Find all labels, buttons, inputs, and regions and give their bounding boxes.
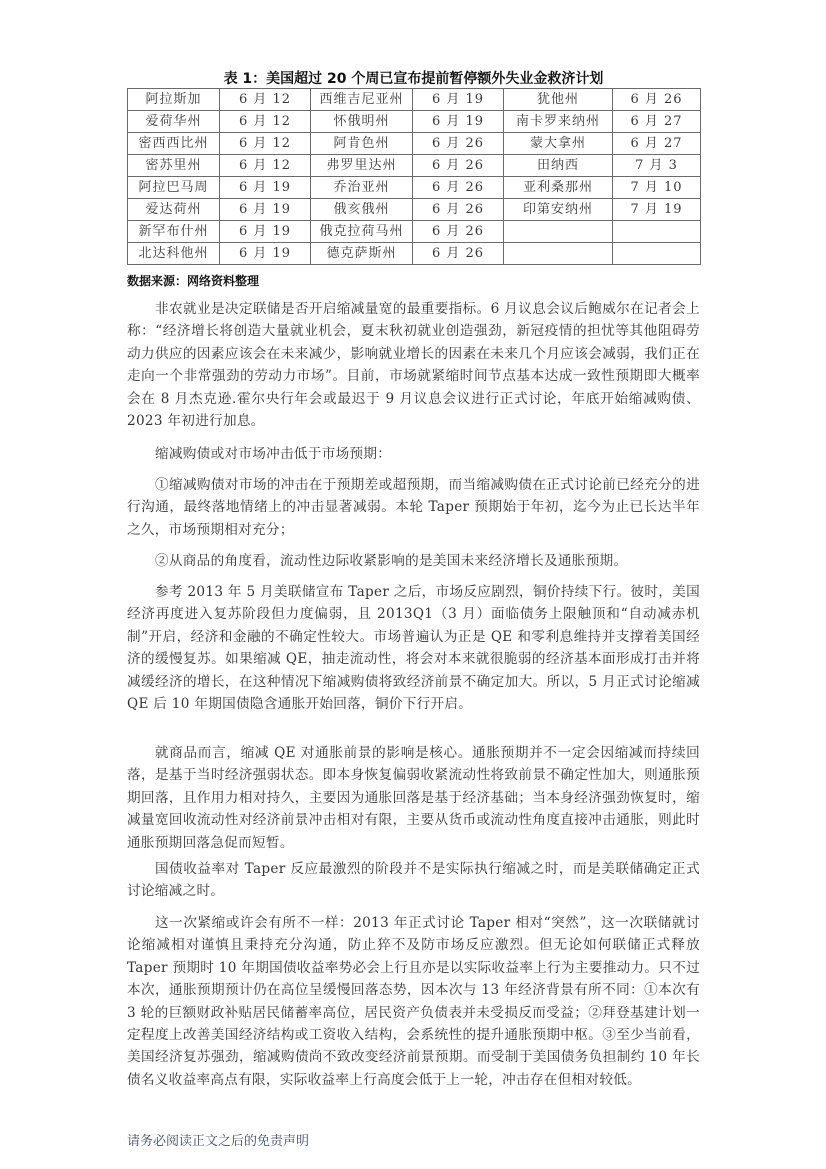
state-cell: 犹他州 bbox=[504, 89, 613, 111]
date-cell: 6 月 27 bbox=[613, 133, 701, 155]
state-cell: 密西西比州 bbox=[128, 133, 220, 155]
date-cell: 6 月 19 bbox=[413, 111, 504, 133]
date-cell: 7 月 19 bbox=[613, 199, 701, 221]
date-cell: 6 月 26 bbox=[613, 89, 701, 111]
paragraph-treasury-yields: 国债收益率对 Taper 反应最激烈的阶段并不是实际执行缩减之时，而是美联储确定… bbox=[127, 858, 700, 903]
date-cell: 6 月 19 bbox=[220, 199, 311, 221]
paragraph-2013-reference: 参考 2013 年 5 月美联储宣布 Taper 之后，市场反应剧烈，铜价持续下… bbox=[127, 581, 700, 715]
paragraph-this-time-different: 这一次紧缩或许会有所不一样：2013 年正式讨论 Taper 相对“突然”，这一… bbox=[127, 912, 700, 1091]
table-row: 密苏里州 6 月 12 弗罗里达州 6 月 26 田纳西 7 月 3 bbox=[128, 155, 701, 177]
state-cell: 阿拉巴马周 bbox=[128, 177, 220, 199]
date-cell: 6 月 12 bbox=[220, 155, 311, 177]
paragraph-commodities-inflation: 就商品而言，缩减 QE 对通胀前景的影响是核心。通胀预期并不一定会因缩减而持续回… bbox=[127, 742, 700, 854]
paragraph-point-2: ②从商品的角度看，流动性边际收紧影响的是美国未来经济增长及通胀预期。 bbox=[127, 550, 700, 572]
table-row: 新罕布什州 6 月 19 俄克拉荷马州 6 月 26 bbox=[128, 221, 701, 243]
paragraph-point-1: ①缩减购债对市场的冲击在于预期差或超预期，而当缩减购债在正式讨论前已经充分的进行… bbox=[127, 474, 700, 541]
date-cell: 6 月 26 bbox=[413, 177, 504, 199]
date-cell: 6 月 12 bbox=[220, 89, 311, 111]
date-cell: 6 月 26 bbox=[413, 199, 504, 221]
state-cell: 弗罗里达州 bbox=[311, 155, 413, 177]
state-cell: 怀俄明州 bbox=[311, 111, 413, 133]
state-cell bbox=[504, 221, 613, 243]
date-cell: 6 月 26 bbox=[413, 221, 504, 243]
state-cell: 爱荷华州 bbox=[128, 111, 220, 133]
state-cell: 俄克拉荷马州 bbox=[311, 221, 413, 243]
state-cell: 新罕布什州 bbox=[128, 221, 220, 243]
date-cell: 7 月 3 bbox=[613, 155, 701, 177]
state-cell: 北达科他州 bbox=[128, 243, 220, 265]
date-cell: 6 月 19 bbox=[220, 243, 311, 265]
state-cell bbox=[504, 243, 613, 265]
paragraph-taper-impact-heading: 缩减购债或对市场冲击低于市场预期： bbox=[127, 443, 700, 465]
state-cell: 德克萨斯州 bbox=[311, 243, 413, 265]
date-cell: 6 月 12 bbox=[220, 111, 311, 133]
state-cell: 西维吉尼亚州 bbox=[311, 89, 413, 111]
table-title: 表 1：美国超过 20 个周已宣布提前暂停额外失业金救济计划 bbox=[127, 68, 700, 88]
date-cell: 6 月 26 bbox=[413, 133, 504, 155]
state-cell: 蒙大拿州 bbox=[504, 133, 613, 155]
state-cell: 乔治亚州 bbox=[311, 177, 413, 199]
state-cell: 密苏里州 bbox=[128, 155, 220, 177]
date-cell: 6 月 19 bbox=[220, 177, 311, 199]
date-cell: 6 月 19 bbox=[220, 221, 311, 243]
table-row: 北达科他州 6 月 19 德克萨斯州 6 月 26 bbox=[128, 243, 701, 265]
date-cell: 6 月 26 bbox=[413, 243, 504, 265]
table-row: 爱达荷州 6 月 19 俄亥俄州 6 月 26 印第安纳州 7 月 19 bbox=[128, 199, 701, 221]
table-row: 阿拉巴马周 6 月 19 乔治亚州 6 月 26 亚利桑那州 7 月 10 bbox=[128, 177, 701, 199]
date-cell: 6 月 26 bbox=[413, 155, 504, 177]
state-cell: 田纳西 bbox=[504, 155, 613, 177]
date-cell bbox=[613, 221, 701, 243]
table-row: 爱荷华州 6 月 12 怀俄明州 6 月 19 南卡罗来纳州 6 月 27 bbox=[128, 111, 701, 133]
date-cell bbox=[613, 243, 701, 265]
state-cell: 阿肯色州 bbox=[311, 133, 413, 155]
state-cell: 阿拉斯加 bbox=[128, 89, 220, 111]
state-cell: 爱达荷州 bbox=[128, 199, 220, 221]
state-cell: 印第安纳州 bbox=[504, 199, 613, 221]
date-cell: 7 月 10 bbox=[613, 177, 701, 199]
disclaimer-footer: 请务必阅读正文之后的免责声明 bbox=[127, 1130, 309, 1149]
paragraph-nonfarm-payrolls: 非农就业是决定联储是否开启缩减量宽的最重要指标。6 月议息会议后鲍威尔在记者会上… bbox=[127, 298, 700, 432]
date-cell: 6 月 19 bbox=[413, 89, 504, 111]
table-row: 阿拉斯加 6 月 12 西维吉尼亚州 6 月 19 犹他州 6 月 26 bbox=[128, 89, 701, 111]
state-cell: 南卡罗来纳州 bbox=[504, 111, 613, 133]
state-benefit-table: 阿拉斯加 6 月 12 西维吉尼亚州 6 月 19 犹他州 6 月 26 爱荷华… bbox=[127, 88, 701, 265]
state-cell: 亚利桑那州 bbox=[504, 177, 613, 199]
table-row: 密西西比州 6 月 12 阿肯色州 6 月 26 蒙大拿州 6 月 27 bbox=[128, 133, 701, 155]
date-cell: 6 月 27 bbox=[613, 111, 701, 133]
data-source-note: 数据来源：网络资料整理 bbox=[127, 272, 259, 289]
date-cell: 6 月 12 bbox=[220, 133, 311, 155]
state-cell: 俄亥俄州 bbox=[311, 199, 413, 221]
